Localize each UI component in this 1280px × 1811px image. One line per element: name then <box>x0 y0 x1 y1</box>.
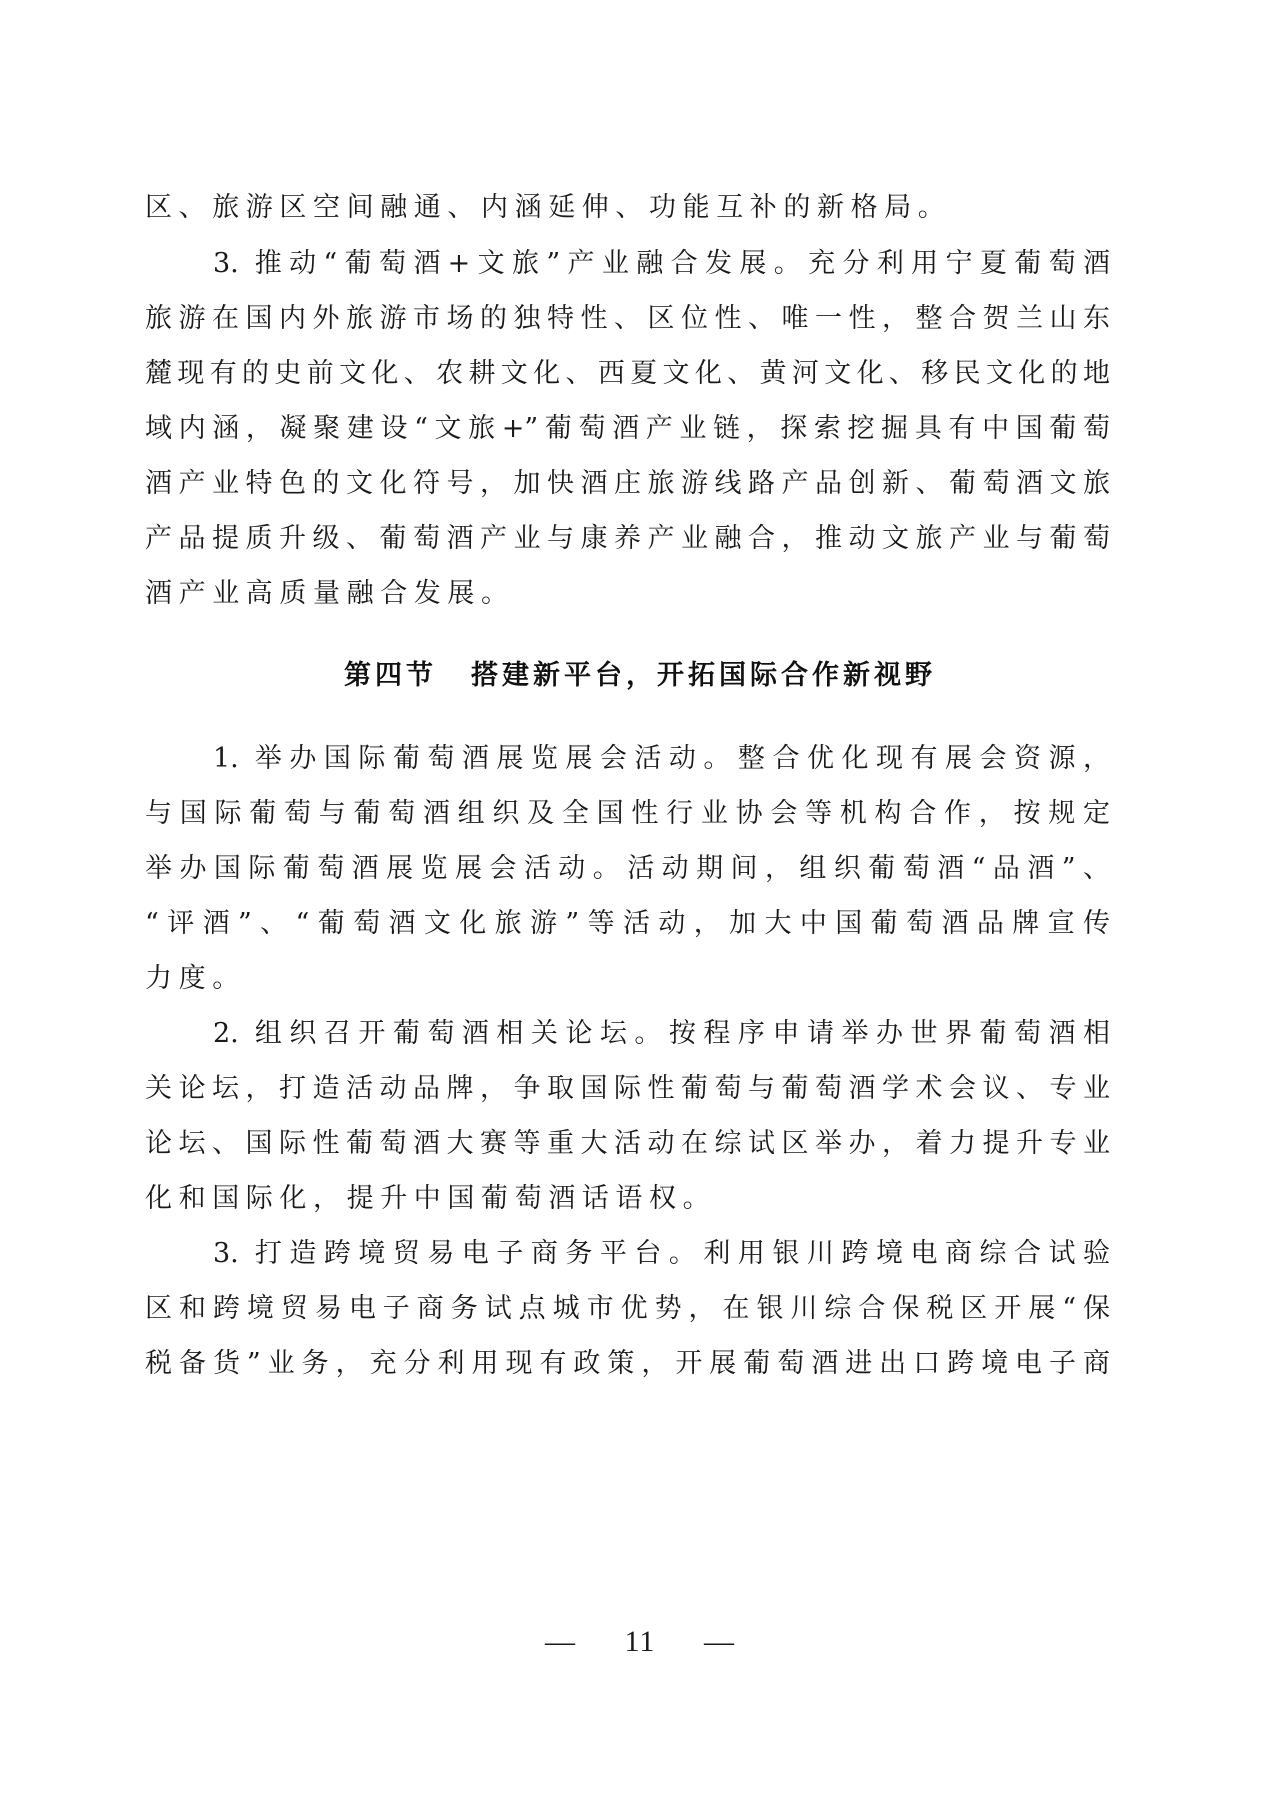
paragraph-line: 区、旅游区空间融通、内涵延伸、功能互补的新格局。 <box>145 188 1110 228</box>
paragraph-line: 关论坛，打造活动品牌，争取国际性葡萄与葡萄酒学术会议、专业 <box>145 1069 1110 1109</box>
paragraph-line: 与国际葡萄与葡萄酒组织及全国性行业协会等机构合作，按规定 <box>145 794 1110 834</box>
paragraph-line: 化和国际化，提升中国葡萄酒话语权。 <box>145 1179 1110 1219</box>
paragraph-line: 举办国际葡萄酒展览展会活动。活动期间，组织葡萄酒“品酒”、 <box>145 849 1110 889</box>
paragraph-line: 税备货”业务，充分利用现有政策，开展葡萄酒进出口跨境电子商 <box>145 1344 1110 1384</box>
paragraph-line: 3. 推动“葡萄酒+文旅”产业融合发展。充分利用宁夏葡萄酒 <box>213 244 1110 284</box>
paragraph-line: 酒产业特色的文化符号，加快酒庄旅游线路产品创新、葡萄酒文旅 <box>145 464 1110 504</box>
paragraph-line: “评酒”、“葡萄酒文化旅游”等活动，加大中国葡萄酒品牌宣传 <box>145 904 1110 944</box>
page-number: — 11 — <box>0 1625 1280 1659</box>
paragraph-line: 论坛、国际性葡萄酒大赛等重大活动在综试区举办，着力提升专业 <box>145 1124 1110 1164</box>
section-heading: 第四节搭建新平台，开拓国际合作新视野 <box>0 656 1280 696</box>
paragraph-line: 域内涵，凝聚建设“文旅+”葡萄酒产业链，探索挖掘具有中国葡萄 <box>145 409 1110 449</box>
paragraph-line: 区和跨境贸易电子商务试点城市优势，在银川综合保税区开展“保 <box>145 1289 1110 1329</box>
document-page: 区、旅游区空间融通、内涵延伸、功能互补的新格局。 3. 推动“葡萄酒+文旅”产业… <box>0 0 1280 1811</box>
section-heading-label: 第四节 <box>344 660 437 691</box>
page-number-dash-right: — <box>664 1625 735 1658</box>
paragraph-line: 2. 组织召开葡萄酒相关论坛。按程序申请举办世界葡萄酒相 <box>213 1014 1110 1054</box>
page-number-dash-left: — <box>545 1625 576 1658</box>
paragraph-line: 麓现有的史前文化、农耕文化、西夏文化、黄河文化、移民文化的地 <box>145 354 1110 394</box>
paragraph-line: 产品提质升级、葡萄酒产业与康养产业融合，推动文旅产业与葡萄 <box>145 519 1110 559</box>
section-heading-title: 搭建新平台，开拓国际合作新视野 <box>471 660 936 691</box>
paragraph-line: 旅游在国内外旅游市场的独特性、区位性、唯一性，整合贺兰山东 <box>145 299 1110 339</box>
paragraph-line: 1. 举办国际葡萄酒展览展会活动。整合优化现有展会资源， <box>213 739 1110 779</box>
paragraph-line: 力度。 <box>145 959 1110 999</box>
paragraph-line: 3. 打造跨境贸易电子商务平台。利用银川跨境电商综合试验 <box>213 1234 1110 1274</box>
page-number-value: 11 <box>585 1625 656 1658</box>
paragraph-line: 酒产业高质量融合发展。 <box>145 574 1110 614</box>
